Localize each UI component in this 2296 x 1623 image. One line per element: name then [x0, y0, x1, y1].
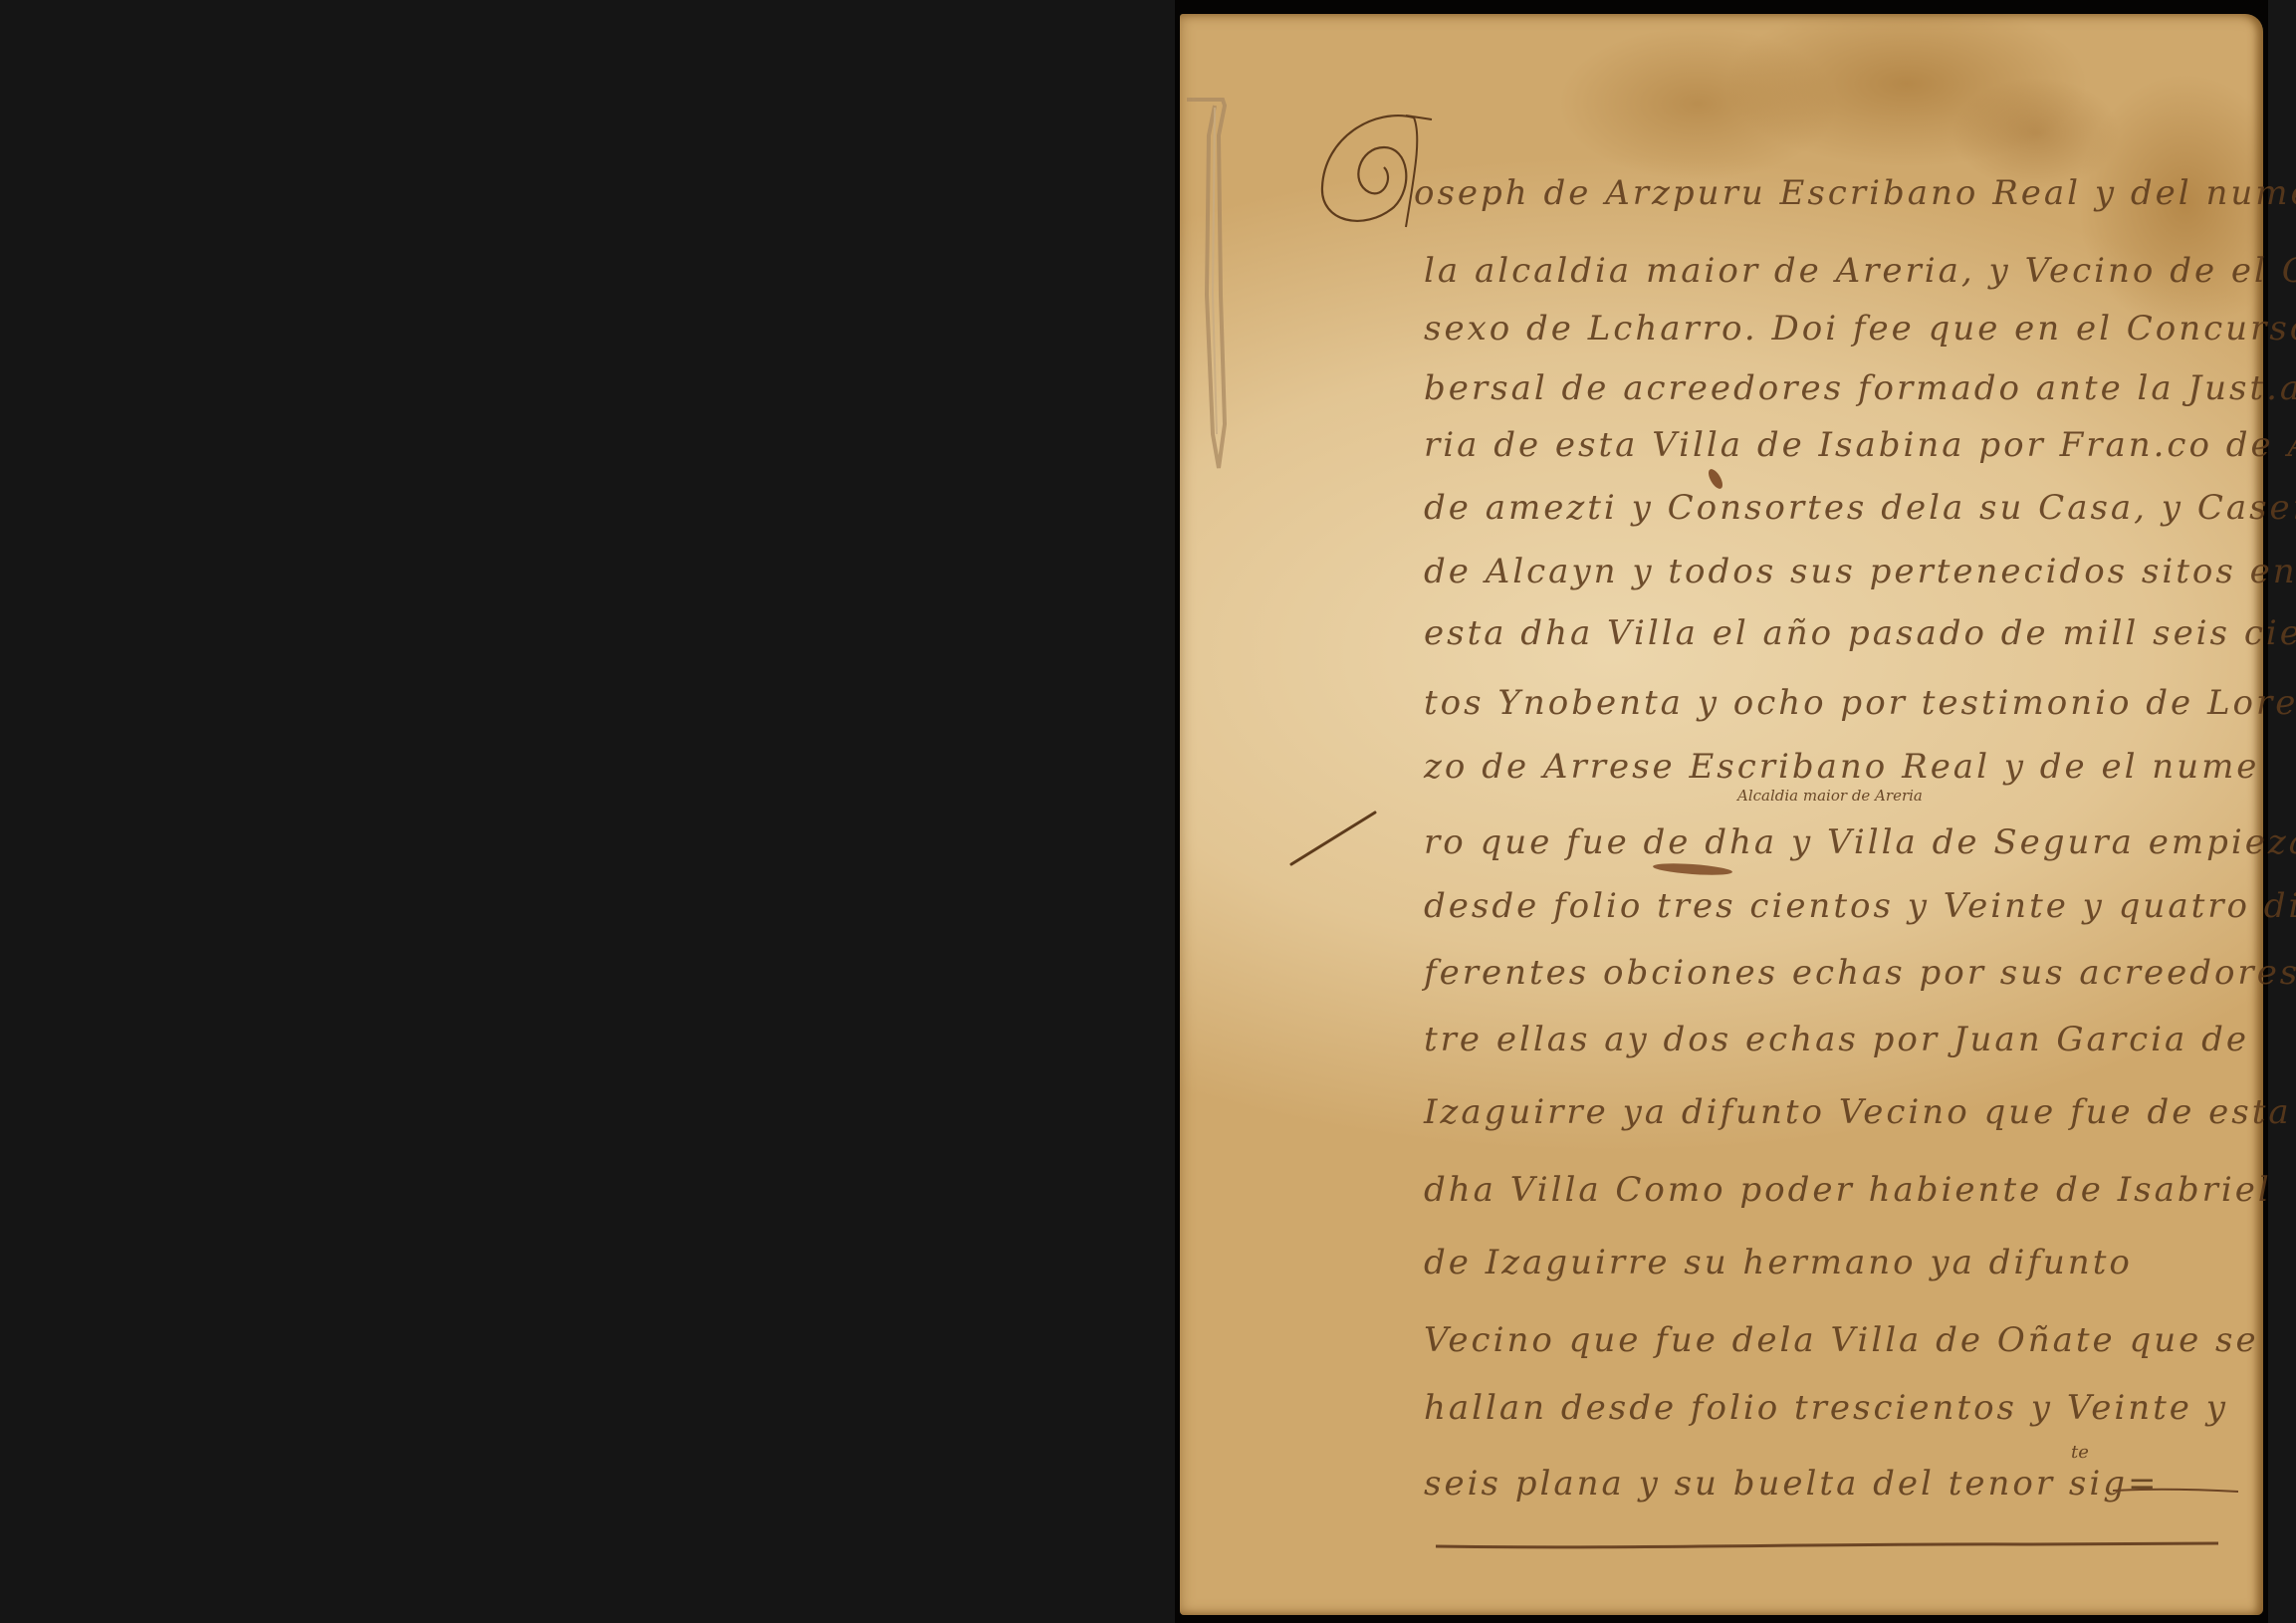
text-line-17: de Izaguirre su hermano ya difunto	[1424, 1243, 2250, 1282]
text-line-14: tre ellas ay dos echas por Juan Garcia d…	[1424, 1020, 2250, 1059]
text-line-2: la alcaldia maior de Areria, y Vecino de…	[1424, 251, 2250, 291]
text-line-7: de Alcayn y todos sus pertenecidos sitos…	[1424, 552, 2250, 591]
text-line-13: ferentes obciones echas por sus acreedor…	[1424, 953, 2250, 993]
text-line-3: sexo de Lcharro. Doi fee que en el Concu…	[1424, 309, 2250, 348]
text-line-1: oseph de Arzpuru Escribano Real y del nu…	[1414, 173, 2240, 213]
margin-fold-mark	[1185, 96, 1233, 474]
decorated-initial-letter	[1314, 108, 1434, 232]
text-line-12: desde folio tres cientos y Veinte y quat…	[1424, 886, 2250, 926]
text-line-15: Izaguirre ya difunto Vecino que fue de e…	[1424, 1092, 2250, 1132]
text-line-18: Vecino que fue dela Villa de Oñate que s…	[1424, 1320, 2250, 1360]
margin-slash-mark	[1289, 809, 1379, 868]
superscript-abbreviation: te	[2071, 1442, 2089, 1463]
text-line-10: zo de Arrese Escribano Real y de el nume	[1424, 747, 2250, 787]
interlinear-annotation: Alcaldia maior de Areria	[1737, 787, 1923, 805]
text-line-4: bersal de acreedores formado ante la Jus…	[1424, 368, 2250, 408]
text-line-19: hallan desde folio trescientos y Veinte …	[1424, 1388, 2250, 1428]
text-line-9: tos Ynobenta y ocho por testimonio de Lo…	[1424, 683, 2250, 723]
line-end-dash	[2111, 1488, 2240, 1494]
text-line-16: dha Villa Como poder habiente de Isabrie…	[1424, 1170, 2250, 1210]
closing-rule-line	[1434, 1541, 2220, 1549]
text-line-6: de amezti y Consortes dela su Casa, y Ca…	[1424, 488, 2250, 528]
text-line-20: seis plana y su buelta del tenor sig=	[1424, 1464, 2250, 1504]
viewer-background-left	[0, 0, 1175, 1623]
folio-number	[2202, 18, 2232, 42]
text-line-11: ro que fue de dha y Villa de Segura empi…	[1424, 822, 2250, 862]
text-line-5: ria de esta Villa de Isabina por Fran.co…	[1424, 425, 2250, 465]
viewer-background-right	[2268, 0, 2296, 1623]
text-line-8: esta dha Villa el año pasado de mill sei…	[1424, 613, 2250, 653]
